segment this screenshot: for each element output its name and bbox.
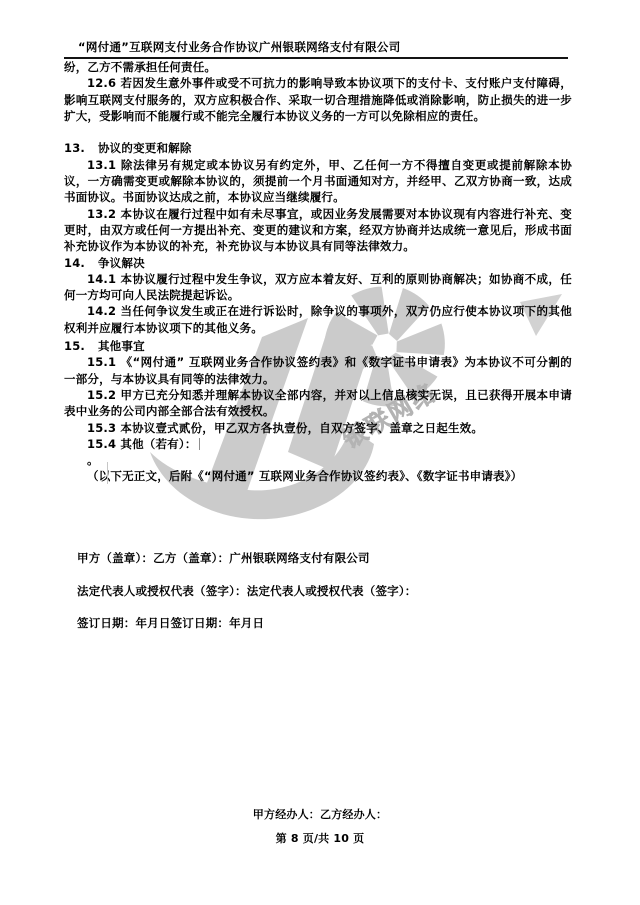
section-15-number: 15.: [64, 338, 85, 354]
section-14-title: 争议解决: [98, 255, 145, 271]
document-title: “网付通”互联网支付业务合作协议广州银联网络支付有限公司: [64, 39, 568, 55]
section-14-heading: 14. 争议解决: [64, 255, 572, 271]
representative-line: 法定代表人或授权代表（签字）：法定代表人或授权代表（签字）：: [77, 583, 572, 599]
clause-12-6: 12.6 若因发生意外事件或受不可抗力的影响导致本协议项下的支付卡、支付账户支付…: [64, 75, 572, 124]
page-header: “网付通”互联网支付业务合作协议广州银联网络支付有限公司: [64, 39, 568, 59]
clause-14-2: 14.2 当任何争议发生或正在进行诉讼时，除争议的事项外，双方仍应行使本协议项下…: [64, 303, 572, 336]
document-page: 银联网络 “网付通”互联网支付业务合作协议广州银联网络支付有限公司 纷，乙方不需…: [0, 0, 640, 905]
closing-note: （以下无正文，后附《“网付通” 互联网业务合作协议签约表》、《数字证书申请表》）: [64, 468, 572, 484]
section-15-heading: 15. 其他事宜: [64, 338, 572, 354]
section-14-number: 14.: [64, 255, 85, 271]
clause-15-2: 15.2 甲方已充分知悉并理解本协议全部内容，并对以上信息核实无误，且已获得开展…: [64, 387, 572, 420]
section-13-title: 协议的变更和解除: [98, 140, 192, 156]
footer-handlers: 甲方经办人：乙方经办人：: [0, 806, 640, 822]
footer-page-indicator: 第 8 页/共 10 页: [0, 830, 640, 846]
empty-line-cursor: [107, 462, 108, 484]
clause-14-1: 14.1 本协议履行过程中发生争议，双方应本着友好、互利的原则协商解决；如协商不…: [64, 271, 572, 304]
section-15-title: 其他事宜: [98, 338, 145, 354]
stray-period: 。: [64, 452, 572, 468]
date-line: 签订日期：年月日签订日期：年月日: [77, 615, 572, 631]
text-cursor: [199, 438, 200, 450]
clause-15-4: 15.4 其他（若有）：: [64, 436, 572, 452]
clause-15-1: 15.1 《“网付通” 互联网业务合作协议签约表》和《数字证书申请表》为本协议不…: [64, 354, 572, 387]
paragraph-continuation: 纷，乙方不需承担任何责任。: [64, 59, 572, 75]
section-13-number: 13.: [64, 140, 85, 156]
clause-13-1: 13.1 除法律另有规定或本协议另有约定外，甲、乙任何一方不得擅自变更或提前解除…: [64, 157, 572, 206]
clause-15-4-text: 15.4 其他（若有）：: [87, 437, 197, 451]
seal-line: 甲方（盖章）：乙方（盖章）：广州银联网络支付有限公司: [77, 550, 572, 566]
section-13-heading: 13. 协议的变更和解除: [64, 140, 572, 156]
signature-block: 甲方（盖章）：乙方（盖章）：广州银联网络支付有限公司 法定代表人或授权代表（签字…: [64, 550, 572, 632]
contract-body: 纷，乙方不需承担任何责任。 12.6 若因发生意外事件或受不可抗力的影响导致本协…: [64, 59, 572, 632]
clause-13-2: 13.2 本协议在履行过程中如有未尽事宜，或因业务发展需要对本协议现有内容进行补…: [64, 206, 572, 255]
clause-15-3: 15.3 本协议壹式贰份，甲乙双方各执壹份，自双方签字、盖章之日起生效。: [64, 420, 572, 436]
